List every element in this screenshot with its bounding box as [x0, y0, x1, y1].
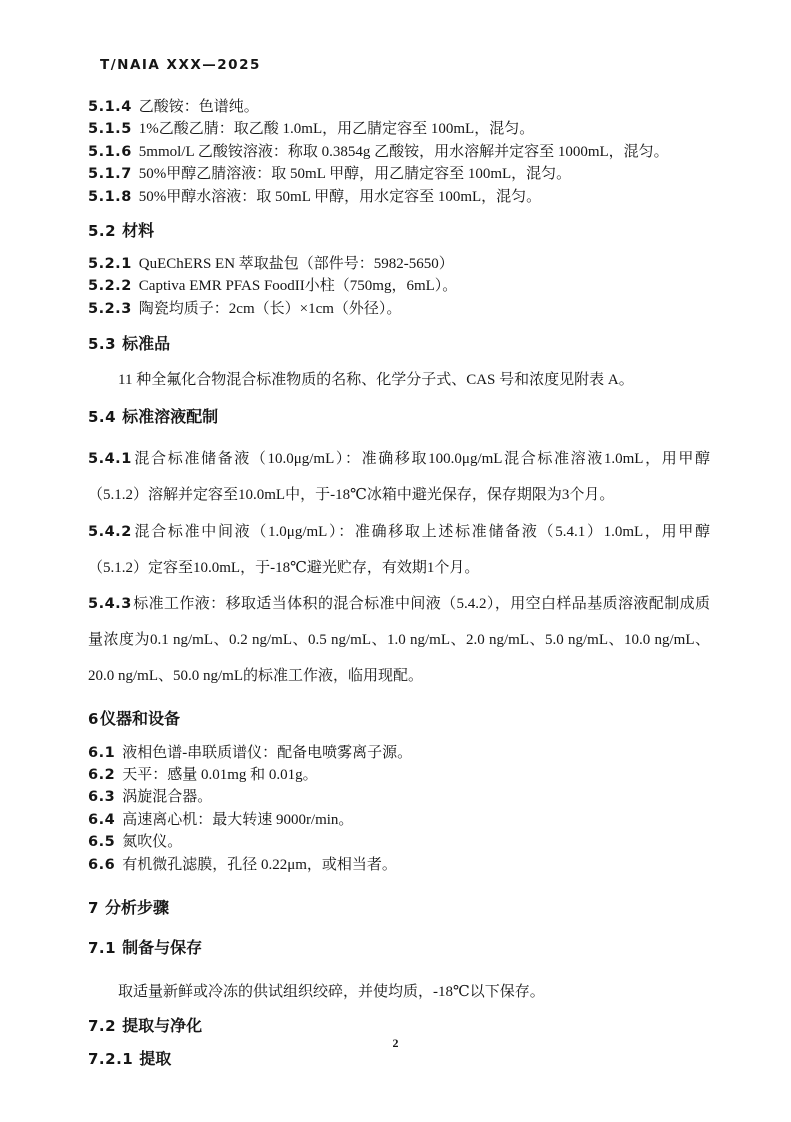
- clause-number: 5.4.3: [88, 596, 132, 612]
- clause-text: 涡旋混合器。: [122, 789, 212, 805]
- clause-5-2-3: 5.2.3陶瓷均质子：2cm（长）×1cm（外径）。: [88, 298, 710, 320]
- clause-text: 有机微孔滤膜，孔径 0.22μm，或相当者。: [122, 857, 397, 873]
- heading-number: 7.1: [88, 939, 116, 957]
- clause-5-1-6: 5.1.65mmol/L 乙酸铵溶液：称取 0.3854g 乙酸铵，用水溶解并定…: [88, 141, 710, 163]
- clause-6-4: 6.4高速离心机：最大转速 9000r/min。: [88, 809, 710, 831]
- clause-number: 5.2.2: [88, 278, 132, 294]
- clause-number: 5.1.8: [88, 189, 132, 205]
- heading-title: 提取与净化: [122, 1016, 202, 1035]
- heading-number: 7: [88, 899, 99, 917]
- clause-number: 6.3: [88, 789, 115, 805]
- clause-text: 50%甲醇乙腈溶液：取 50mL 甲醇，用乙腈定容至 100mL，混匀。: [139, 166, 571, 182]
- clause-text: 混合标准中间液（1.0μg/mL）：准确移取上述标准储备液（5.4.1）1.0m…: [88, 524, 710, 576]
- clause-number: 5.2.3: [88, 301, 132, 317]
- clause-text: 50%甲醇水溶液：取 50mL 甲醇，用水定容至 100mL，混匀。: [139, 189, 541, 205]
- clause-6-2: 6.2天平：感量 0.01mg 和 0.01g。: [88, 764, 710, 786]
- clause-5-2-1: 5.2.1QuEChERS EN 萃取盐包（部件号：5982-5650）: [88, 253, 710, 275]
- page-number: 2: [0, 1036, 791, 1051]
- heading-7: 7分析步骤: [88, 897, 710, 919]
- paragraph-text: 取适量新鲜或冷冻的供试组织绞碎，并使均质，-18℃以下保存。: [118, 984, 545, 1000]
- clause-group-5-4: 5.4.1混合标准储备液（10.0μg/mL）：准确移取100.0μg/mL混合…: [88, 441, 710, 694]
- heading-number: 7.2.1: [88, 1050, 133, 1068]
- document-page: T/NAIA XXX—2025 5.1.4乙酸铵：色谱纯。 5.1.51%乙酸乙…: [0, 0, 791, 1070]
- clause-5-1-5: 5.1.51%乙酸乙腈：取乙酸 1.0mL，用乙腈定容至 100mL，混匀。: [88, 118, 710, 140]
- paragraph-text: 11 种全氟化合物混合标准物质的名称、化学分子式、CAS 号和浓度见附表 A。: [118, 372, 634, 388]
- heading-number: 5.3: [88, 335, 116, 353]
- clause-number: 6.6: [88, 857, 115, 873]
- heading-number: 6: [88, 710, 99, 728]
- clause-text: QuEChERS EN 萃取盐包（部件号：5982-5650）: [139, 256, 454, 272]
- heading-5-2: 5.2材料: [88, 220, 710, 242]
- heading-number: 5.4: [88, 408, 116, 426]
- clause-text: 混合标准储备液（10.0μg/mL）：准确移取100.0μg/mL混合标准溶液1…: [88, 451, 710, 503]
- clause-number: 6.4: [88, 812, 115, 828]
- heading-title: 标准溶液配制: [122, 407, 218, 426]
- clause-5-4-1: 5.4.1混合标准储备液（10.0μg/mL）：准确移取100.0μg/mL混合…: [88, 441, 710, 513]
- heading-7-2-1: 7.2.1提取: [88, 1048, 710, 1070]
- heading-7-2: 7.2提取与净化: [88, 1015, 710, 1037]
- clause-5-1-7: 5.1.750%甲醇乙腈溶液：取 50mL 甲醇，用乙腈定容至 100mL，混匀…: [88, 163, 710, 185]
- heading-title: 材料: [122, 221, 154, 240]
- clause-number: 5.2.1: [88, 256, 132, 272]
- heading-title: 标准品: [122, 334, 170, 353]
- clause-text: 乙酸铵：色谱纯。: [139, 99, 259, 115]
- paragraph-7-1: 取适量新鲜或冷冻的供试组织绞碎，并使均质，-18℃以下保存。: [88, 981, 710, 1003]
- clause-6-5: 6.5氮吹仪。: [88, 831, 710, 853]
- heading-5-3: 5.3标准品: [88, 333, 710, 355]
- heading-5-4: 5.4标准溶液配制: [88, 406, 710, 428]
- clause-number: 5.4.2: [88, 524, 132, 540]
- clause-number: 5.4.1: [88, 451, 132, 467]
- clause-6-3: 6.3涡旋混合器。: [88, 786, 710, 808]
- clause-number: 5.1.5: [88, 121, 132, 137]
- clause-6-6: 6.6有机微孔滤膜，孔径 0.22μm，或相当者。: [88, 854, 710, 876]
- heading-title: 提取: [139, 1049, 171, 1068]
- clause-number: 5.1.6: [88, 144, 132, 160]
- clause-text: 1%乙酸乙腈：取乙酸 1.0mL，用乙腈定容至 100mL，混匀。: [139, 121, 534, 137]
- clause-text: 天平：感量 0.01mg 和 0.01g。: [122, 767, 317, 783]
- clause-number: 6.2: [88, 767, 115, 783]
- heading-title: 制备与保存: [122, 938, 202, 957]
- clause-number: 6.1: [88, 745, 115, 761]
- doc-code-header: T/NAIA XXX—2025: [100, 57, 710, 73]
- clause-number: 6.5: [88, 834, 115, 850]
- clause-group-5-1: 5.1.4乙酸铵：色谱纯。 5.1.51%乙酸乙腈：取乙酸 1.0mL，用乙腈定…: [88, 96, 710, 208]
- clause-5-4-3: 5.4.3标准工作液：移取适当体积的混合标准中间液（5.4.2），用空白样品基质…: [88, 586, 710, 695]
- heading-title: 仪器和设备: [100, 709, 180, 728]
- clause-5-4-2: 5.4.2混合标准中间液（1.0μg/mL）：准确移取上述标准储备液（5.4.1…: [88, 514, 710, 586]
- clause-number: 5.1.7: [88, 166, 132, 182]
- clause-number: 5.1.4: [88, 99, 132, 115]
- clause-5-1-8: 5.1.850%甲醇水溶液：取 50mL 甲醇，用水定容至 100mL，混匀。: [88, 186, 710, 208]
- paragraph-5-3: 11 种全氟化合物混合标准物质的名称、化学分子式、CAS 号和浓度见附表 A。: [88, 369, 710, 391]
- clause-5-1-4: 5.1.4乙酸铵：色谱纯。: [88, 96, 710, 118]
- heading-title: 分析步骤: [105, 898, 169, 917]
- heading-6: 6仪器和设备: [88, 708, 710, 730]
- clause-text: 标准工作液：移取适当体积的混合标准中间液（5.4.2），用空白样品基质溶液配制成…: [88, 596, 710, 684]
- clause-text: 高速离心机：最大转速 9000r/min。: [122, 812, 353, 828]
- clause-text: 氮吹仪。: [122, 834, 182, 850]
- clause-text: 5mmol/L 乙酸铵溶液：称取 0.3854g 乙酸铵，用水溶解并定容至 10…: [139, 144, 669, 160]
- clause-group-5-2: 5.2.1QuEChERS EN 萃取盐包（部件号：5982-5650） 5.2…: [88, 253, 710, 320]
- heading-7-1: 7.1制备与保存: [88, 937, 710, 959]
- clause-text: Captiva EMR PFAS FoodII小柱（750mg，6mL）。: [139, 278, 458, 294]
- clause-5-2-2: 5.2.2Captiva EMR PFAS FoodII小柱（750mg，6mL…: [88, 275, 710, 297]
- clause-6-1: 6.1液相色谱-串联质谱仪：配备电喷雾离子源。: [88, 742, 710, 764]
- clause-group-6: 6.1液相色谱-串联质谱仪：配备电喷雾离子源。 6.2天平：感量 0.01mg …: [88, 742, 710, 876]
- heading-number: 7.2: [88, 1017, 116, 1035]
- heading-number: 5.2: [88, 222, 116, 240]
- clause-text: 陶瓷均质子：2cm（长）×1cm（外径）。: [139, 301, 402, 317]
- clause-text: 液相色谱-串联质谱仪：配备电喷雾离子源。: [122, 745, 412, 761]
